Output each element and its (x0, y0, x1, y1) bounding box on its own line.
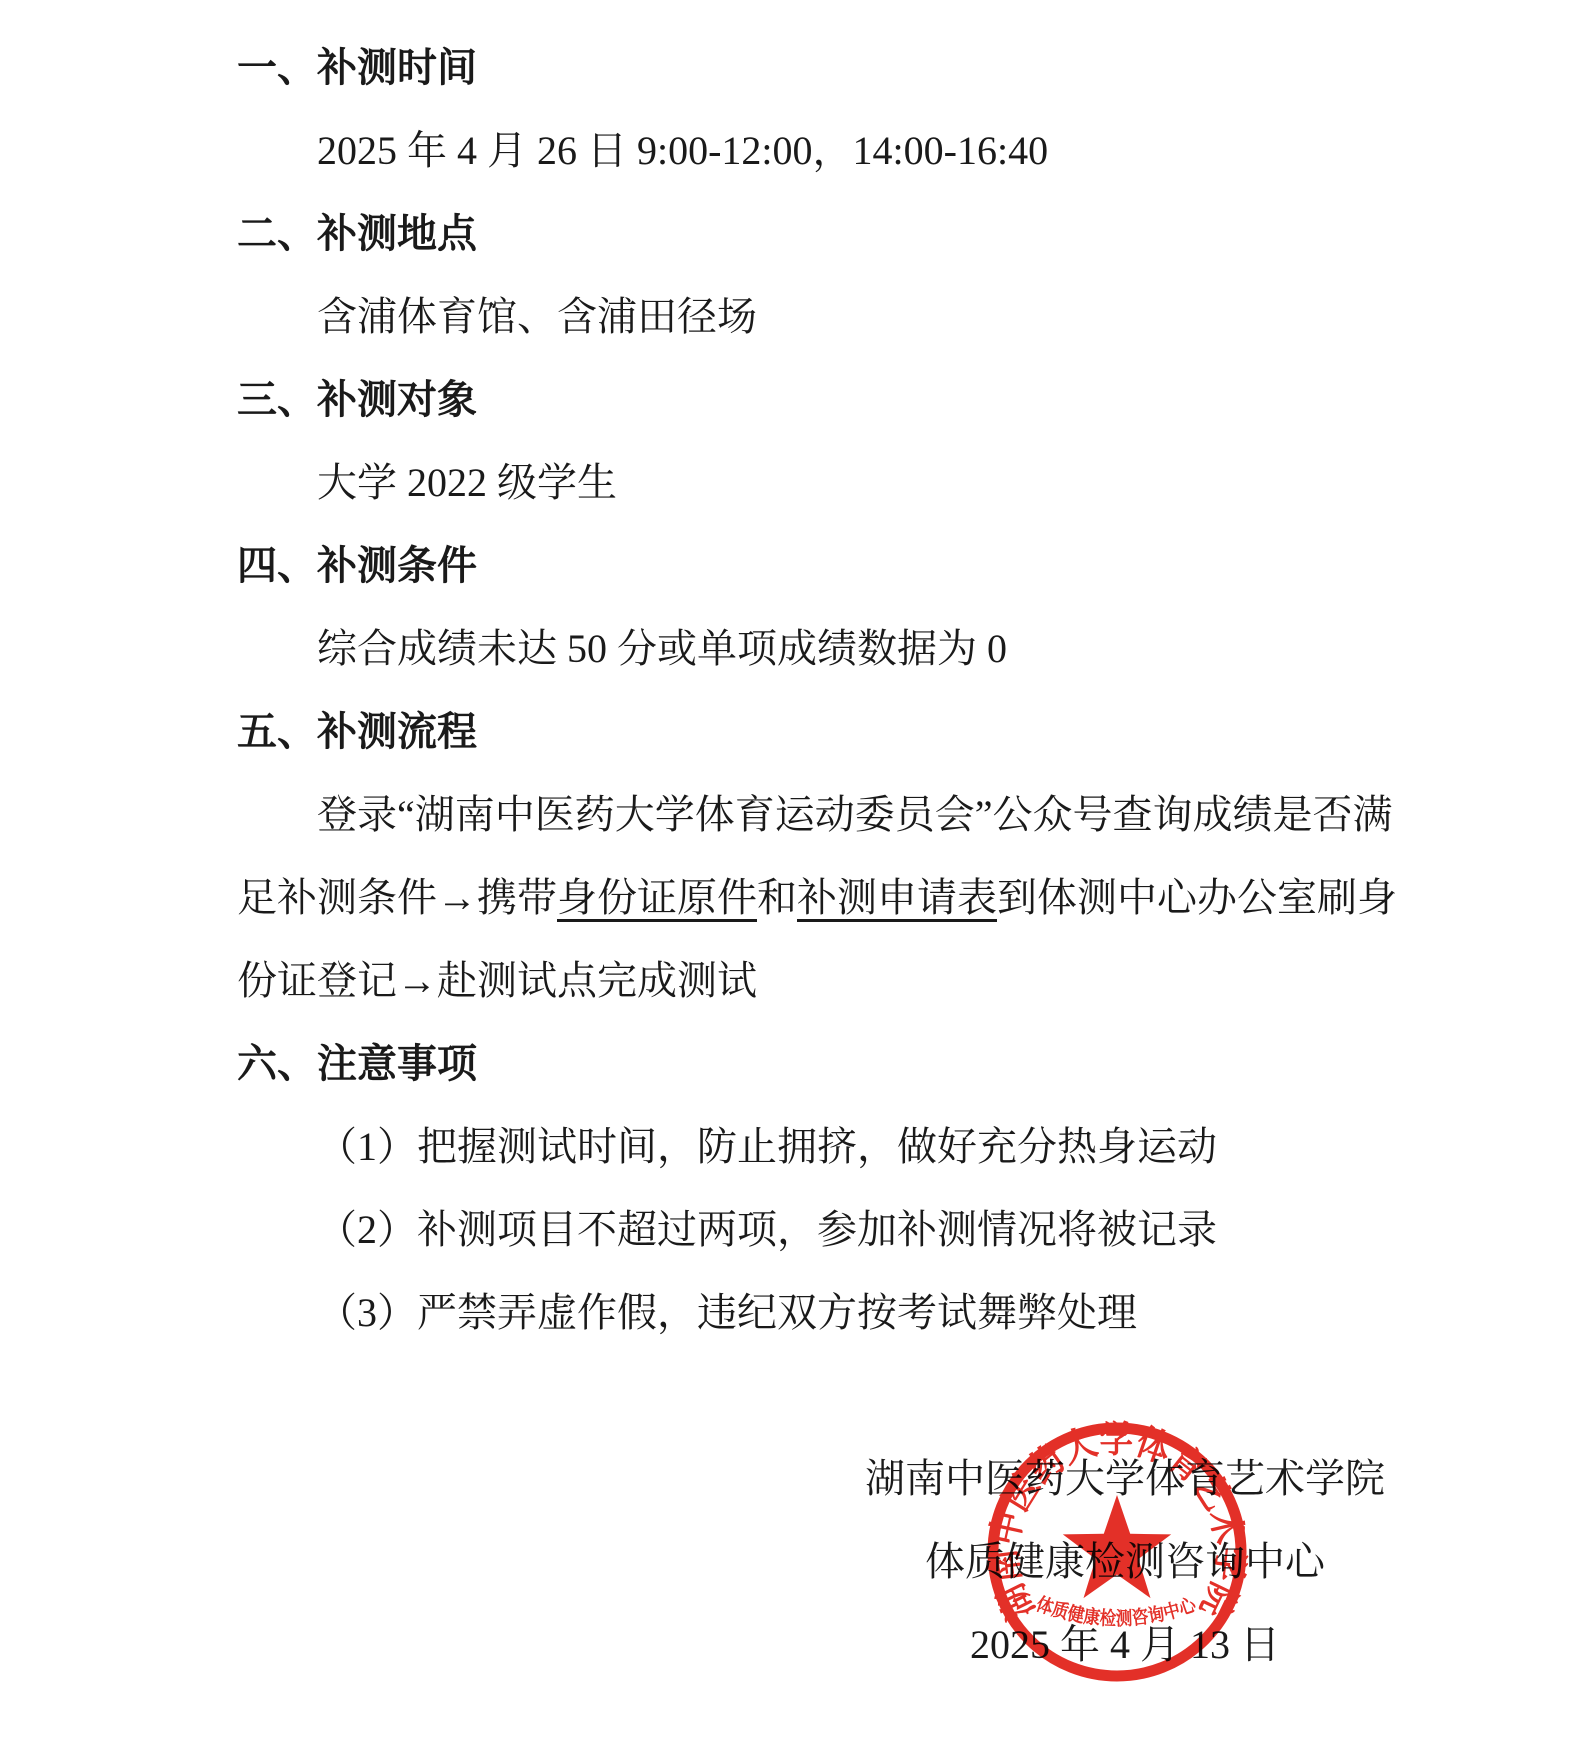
section-3-content-target: 大学 2022 级学生 (237, 441, 1347, 524)
section-1-content-time: 2025 年 4 月 26 日 9:00-12:00，14:00-16:40 (237, 109, 1347, 192)
signature-org-line-1: 湖南中医药大学体育艺术学院 (865, 1437, 1385, 1520)
section-4-heading: 四、补测条件 (237, 524, 1347, 607)
process-line2-pre: 足补测条件→携带 (237, 875, 557, 920)
notice-page: { "page": { "background": "#ffffff", "te… (0, 0, 1587, 1756)
note-item-1: （1）把握测试时间，防止拥挤，做好充分热身运动 (237, 1105, 1347, 1188)
process-paragraph-line-3: 份证登记→赴测试点完成测试 (237, 939, 1347, 1022)
signature-org-line-2: 体质健康检测咨询中心 (865, 1520, 1385, 1603)
section-2-content-location: 含浦体育馆、含浦田径场 (237, 275, 1347, 358)
process-line2-underline-application-form: 补测申请表 (797, 875, 997, 920)
section-2-heading: 二、补测地点 (237, 192, 1347, 275)
section-1-heading: 一、补测时间 (237, 26, 1347, 109)
signature-block: 湖南中医药大学体育艺术学院 体质健康检测咨询中心 2025 年 4 月 13 日 (865, 1437, 1385, 1686)
note-item-3: （3）严禁弄虚作假，违纪双方按考试舞弊处理 (237, 1271, 1347, 1354)
process-paragraph-line-1: 登录“湖南中医药大学体育运动委员会”公众号查询成绩是否满 (237, 773, 1347, 856)
spacer-row (237, 1354, 1347, 1437)
section-5-heading: 五、补测流程 (237, 690, 1347, 773)
process-line2-mid: 和 (757, 875, 797, 920)
signature-date: 2025 年 4 月 13 日 (865, 1603, 1385, 1686)
section-6-heading: 六、注意事项 (237, 1022, 1347, 1105)
section-4-content-condition: 综合成绩未达 50 分或单项成绩数据为 0 (237, 607, 1347, 690)
section-3-heading: 三、补测对象 (237, 358, 1347, 441)
notice-body: 一、补测时间 2025 年 4 月 26 日 9:00-12:00，14:00-… (0, 0, 1587, 1686)
note-item-2: （2）补测项目不超过两项，参加补测情况将被记录 (237, 1188, 1347, 1271)
process-paragraph-line-2: 足补测条件→携带身份证原件和补测申请表到体测中心办公室刷身 (237, 856, 1347, 939)
process-line2-post: 到体测中心办公室刷身 (997, 875, 1397, 920)
process-line2-underline-id-card: 身份证原件 (557, 875, 757, 920)
